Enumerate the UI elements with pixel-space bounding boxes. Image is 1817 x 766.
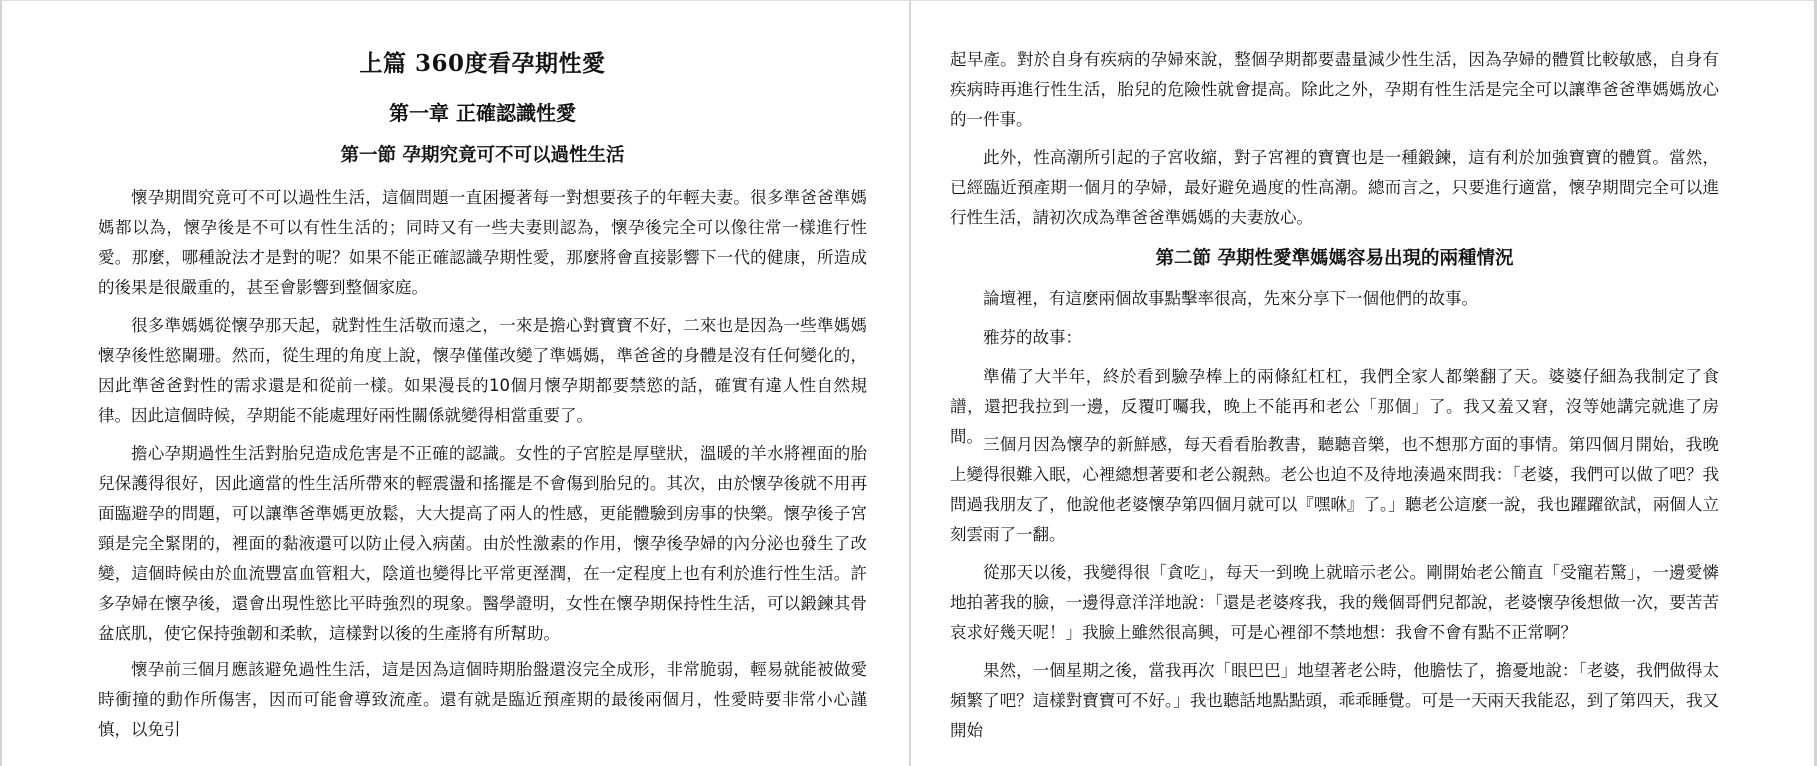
paragraph: 擔心孕期過性生活對胎兒造成危害是不正確的認識。女性的子宮腔是厚壁狀，溫暖的羊水將… xyxy=(98,439,867,649)
part-title: 上篇 360度看孕期性愛 xyxy=(98,49,867,79)
paragraph: 此外，性高潮所引起的子宮收縮，對子宮裡的寶寶也是一種鍛鍊，這有利於加強寶寶的體質… xyxy=(950,143,1719,233)
paragraph: 論壇裡，有這麼兩個故事點擊率很高，先來分享下一個他們的故事。 xyxy=(950,284,1719,314)
paragraph: 三個月因為懷孕的新鮮感，每天看看胎教書，聽聽音樂，也不想那方面的事情。第四個月開… xyxy=(950,430,1719,550)
page-left: 上篇 360度看孕期性愛 第一章 正確認識性愛 第一節 孕期究竟可不可以過性生活… xyxy=(2,1,909,766)
chapter-title: 第一章 正確認識性愛 xyxy=(98,99,867,127)
section-title: 第一節 孕期究竟可不可以過性生活 xyxy=(98,142,867,170)
paragraph: 雅芬的故事： xyxy=(950,323,1719,353)
paragraph: 從那天以後，我變得很「貪吃」，每天一到晚上就暗示老公。剛開始老公簡直「受寵若驚」… xyxy=(950,558,1719,648)
paragraph: 很多準媽媽從懷孕那天起，就對性生活敬而遠之，一來是擔心對寶寶不好，二來也是因為一… xyxy=(98,311,867,431)
paragraph: 懷孕前三個月應該避免過性生活，這是因為這個時期胎盤還沒完全成形，非常脆弱，輕易就… xyxy=(98,655,867,745)
paragraph: 懷孕期間究竟可不可以過性生活，這個問題一直困擾著每一對想要孩子的年輕夫妻。很多準… xyxy=(98,183,867,303)
paragraph: 起早產。對於自身有疾病的孕婦來說，整個孕期都要盡量減少性生活，因為孕婦的體質比較… xyxy=(950,45,1719,135)
paragraph: 果然，一個星期之後，當我再次「眼巴巴」地望著老公時，他膽怯了，擔憂地說：「老婆，… xyxy=(950,656,1719,746)
section-title: 第二節 孕期性愛準媽媽容易出現的兩種情況 xyxy=(950,245,1719,273)
page-right: 起早產。對於自身有疾病的孕婦來說，整個孕期都要盡量減少性生活，因為孕婦的體質比較… xyxy=(911,1,1816,766)
document-viewer: 上篇 360度看孕期性愛 第一章 正確認識性愛 第一節 孕期究竟可不可以過性生活… xyxy=(0,0,1817,766)
